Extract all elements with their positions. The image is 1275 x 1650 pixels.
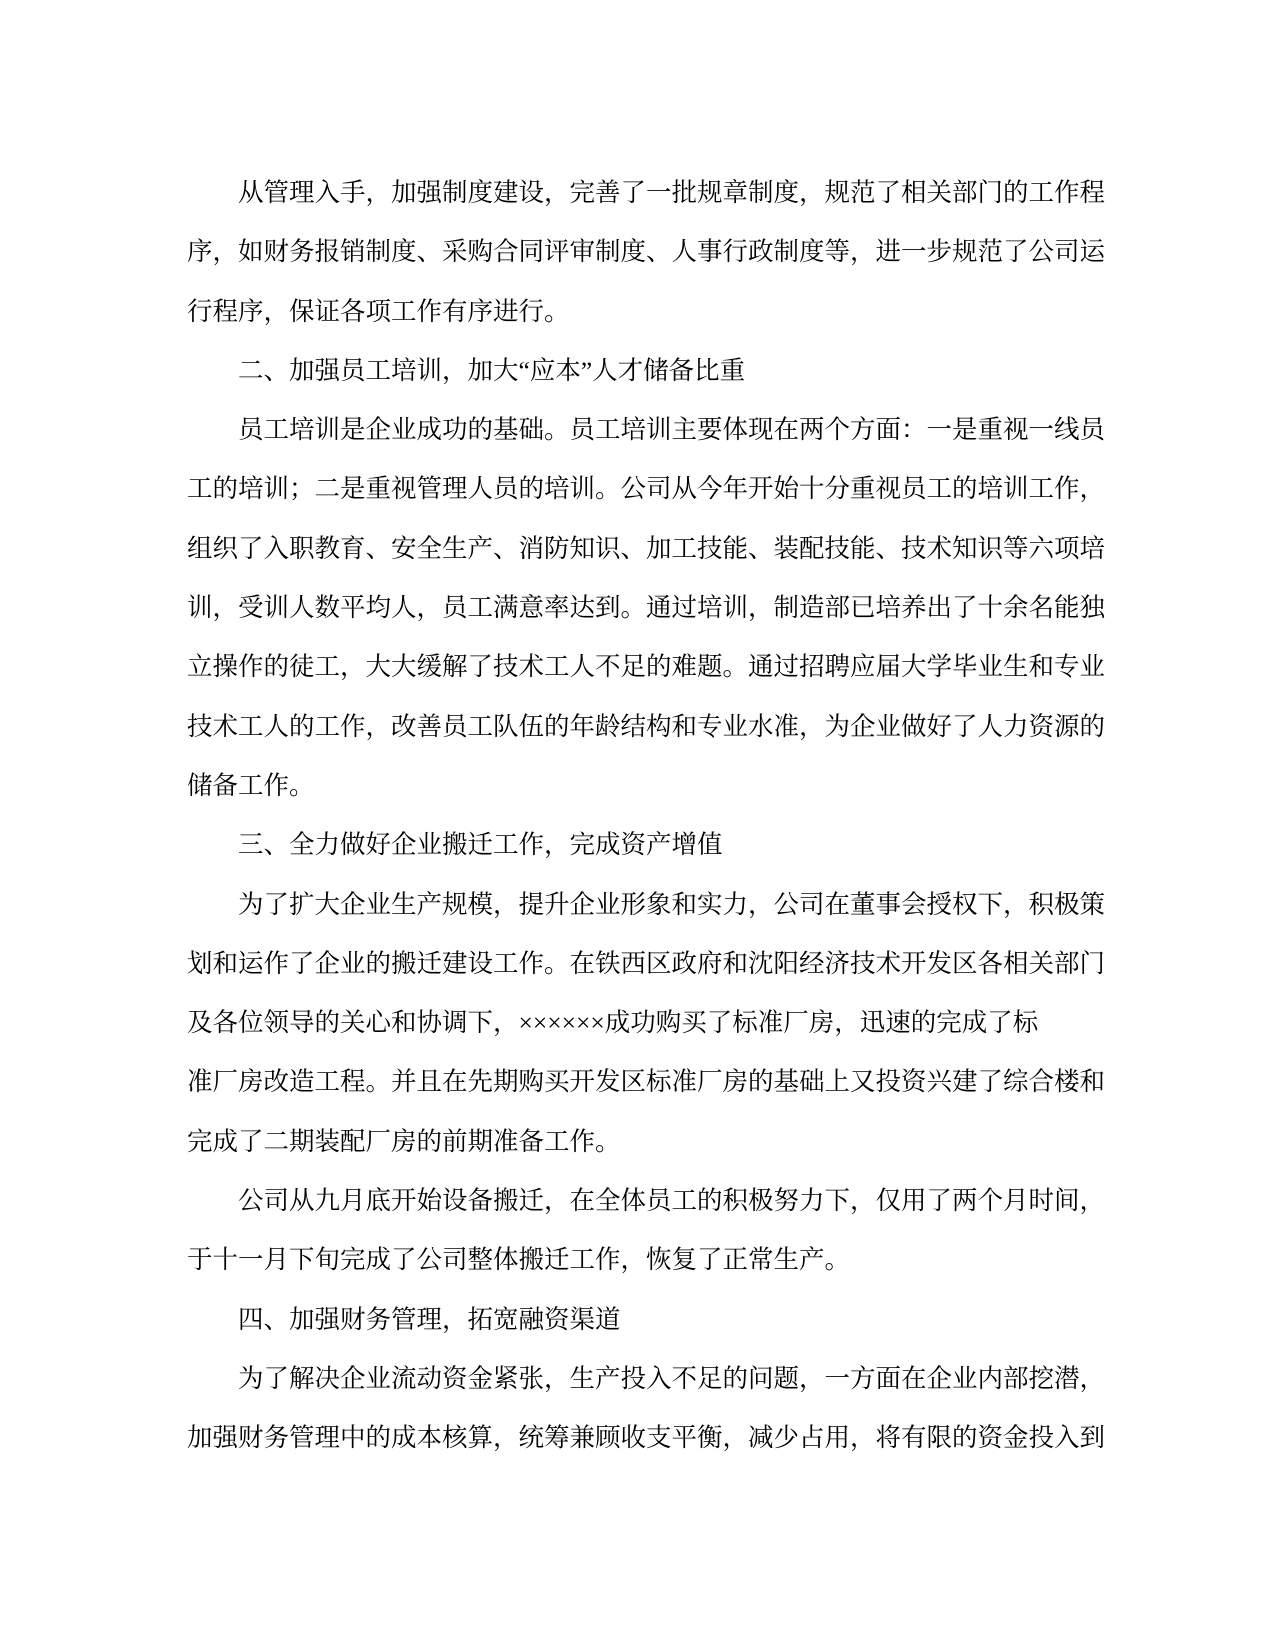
- text-line: 为了解决企业流动资金紧张，生产投入不足的问题，一方面在企业内部挖潜，: [187, 1349, 1107, 1408]
- text-line: 准厂房改造工程。并且在先期购买开发区标准厂房的基础上又投资兴建了综合楼和: [187, 1052, 1107, 1111]
- text-line: 于十一月下旬完成了公司整体搬迁工作，恢复了正常生产。: [187, 1230, 1107, 1289]
- text-line: 技术工人的工作，改善员工队伍的年龄结构和专业水准，为企业做好了人力资源的: [187, 697, 1107, 756]
- text-line: 工的培训；二是重视管理人员的培训。公司从今年开始十分重视员工的培训工作，: [187, 459, 1107, 518]
- text-line: 从管理入手，加强制度建设，完善了一批规章制度，规范了相关部门的工作程: [187, 163, 1107, 222]
- text-line: 组织了入职教育、安全生产、消防知识、加工技能、装配技能、技术知识等六项培: [187, 519, 1107, 578]
- section-heading: 三、全力做好企业搬迁工作，完成资产增值: [187, 815, 1107, 874]
- text-line: 及各位领导的关心和协调下，××××××成功购买了标准厂房，迅速的完成了标: [187, 993, 1107, 1052]
- document-page: 从管理入手，加强制度建设，完善了一批规章制度，规范了相关部门的工作程 序，如财务…: [0, 0, 1275, 1650]
- text-line: 立操作的徒工，大大缓解了技术工人不足的难题。通过招聘应届大学毕业生和专业: [187, 637, 1107, 696]
- section-heading: 四、加强财务管理，拓宽融资渠道: [187, 1290, 1107, 1349]
- text-line: 划和运作了企业的搬迁建设工作。在铁西区政府和沈阳经济技术开发区各相关部门: [187, 934, 1107, 993]
- text-line: 公司从九月底开始设备搬迁，在全体员工的积极努力下，仅用了两个月时间，: [187, 1171, 1107, 1230]
- text-line: 为了扩大企业生产规模，提升企业形象和实力，公司在董事会授权下，积极策: [187, 875, 1107, 934]
- text-line: 储备工作。: [187, 756, 1107, 815]
- text-line: 加强财务管理中的成本核算，统筹兼顾收支平衡，减少占用，将有限的资金投入到: [187, 1408, 1107, 1467]
- text-line: 完成了二期装配厂房的前期准备工作。: [187, 1112, 1107, 1171]
- text-line: 行程序，保证各项工作有序进行。: [187, 282, 1107, 341]
- text-line: 员工培训是企业成功的基础。员工培训主要体现在两个方面：一是重视一线员: [187, 400, 1107, 459]
- text-line: 序，如财务报销制度、采购合同评审制度、人事行政制度等，进一步规范了公司运: [187, 222, 1107, 281]
- section-heading: 二、加强员工培训，加大“应本”人才储备比重: [187, 341, 1107, 400]
- text-line: 训，受训人数平均人，员工满意率达到。通过培训，制造部已培养出了十余名能独: [187, 578, 1107, 637]
- document-text-block: 从管理入手，加强制度建设，完善了一批规章制度，规范了相关部门的工作程 序，如财务…: [187, 163, 1107, 1468]
